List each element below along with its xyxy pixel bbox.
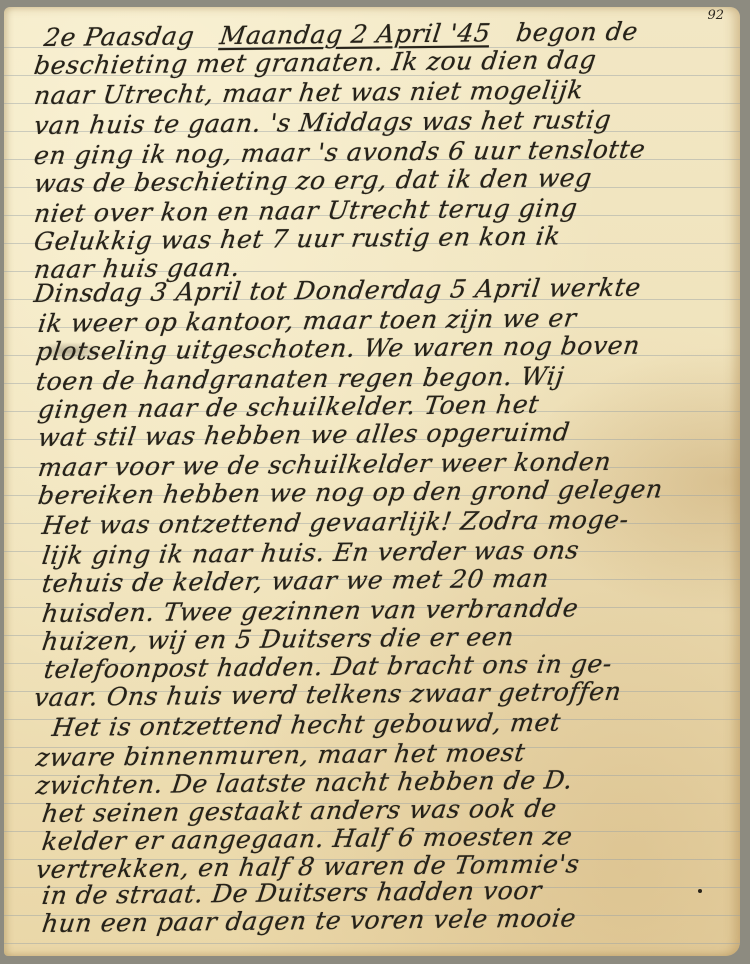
- line-text: begon de: [514, 17, 639, 47]
- line-text: 2e Paasdag: [42, 21, 196, 52]
- diary-page: 92 2e Paasdag Maandag 2 April '45 begon …: [4, 7, 740, 956]
- underlined-date: Maandag 2 April '45: [218, 18, 492, 50]
